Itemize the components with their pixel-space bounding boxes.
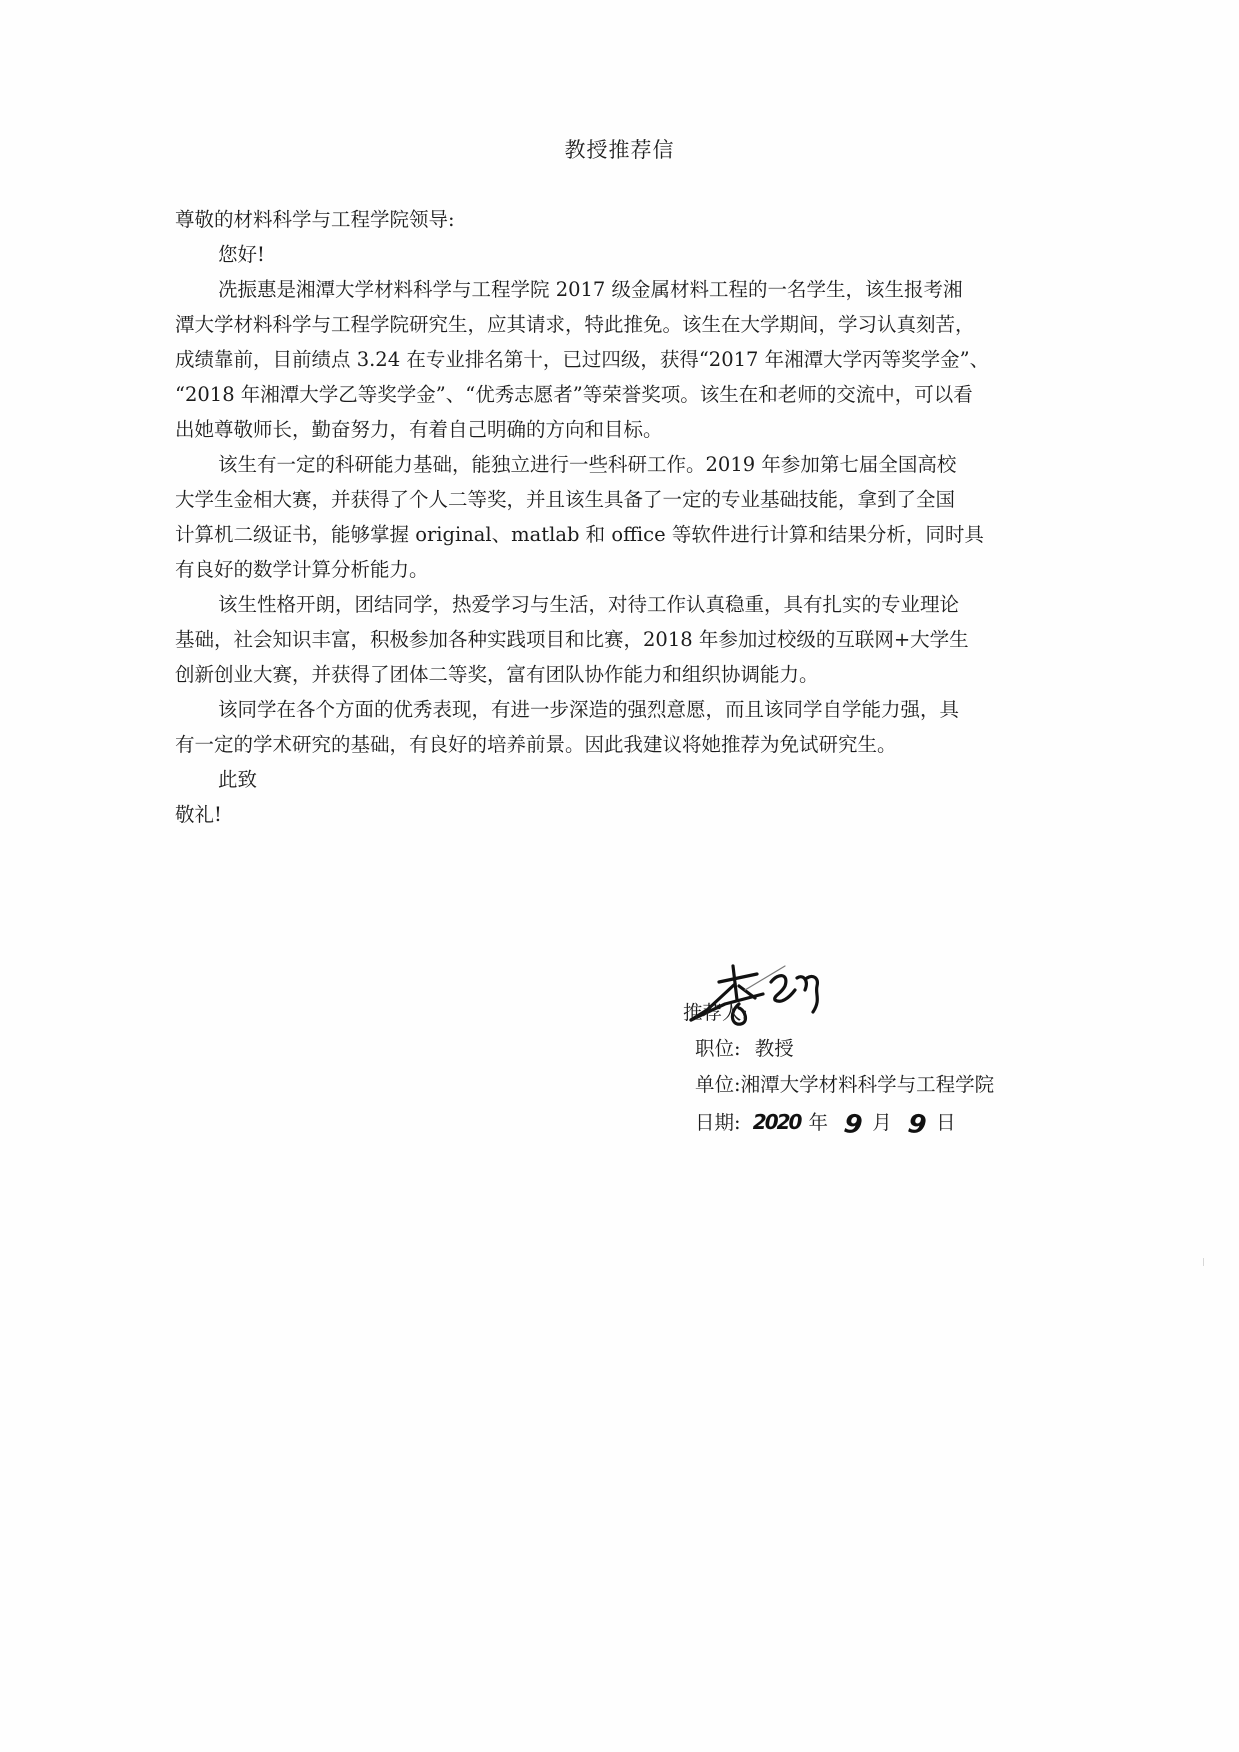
paragraph-3-line-3: 创新创业大赛，并获得了团体二等奖，富有团队协作能力和组织协调能力。 <box>175 657 1045 692</box>
paragraph-1-line-4: “2018 年湘潭大学乙等奖学金”、“优秀志愿者”等荣誉奖项。该生在和老师的交流… <box>175 377 1045 412</box>
salutation: 尊敬的材料科学与工程学院领导: <box>175 202 1045 237</box>
paragraph-2-line-3: 计算机二级证书，能够掌握 original、matlab 和 office 等软… <box>175 517 1045 552</box>
scan-artifact <box>1203 1258 1204 1266</box>
paragraph-4-line-1: 该同学在各个方面的优秀表现，有进一步深造的强烈意愿，而且该同学自学能力强，具 <box>175 692 1045 727</box>
paragraph-3-line-2: 基础，社会知识丰富，积极参加各种实践项目和比赛，2018 年参加过校级的互联网+… <box>175 622 1045 657</box>
paragraph-4-line-2: 有一定的学术研究的基础，有良好的培养前景。因此我建议将她推荐为免试研究生。 <box>175 727 1045 762</box>
greeting: 您好! <box>175 237 1045 272</box>
paragraph-1-line-5: 出她尊敬师长，勤奋努力，有着自己明确的方向和目标。 <box>175 412 1045 447</box>
date-year-unit: 年 <box>808 1111 828 1134</box>
date-month-unit: 月 <box>872 1111 892 1134</box>
date-month-handwritten: 9 <box>842 1106 865 1144</box>
date-row: 日期: 2020年 9月 9日 <box>683 1103 994 1139</box>
paragraph-1-line-2: 潭大学材料科学与工程学院研究生，应其请求，特此推免。该生在大学期间，学习认真刻苦… <box>175 307 1045 342</box>
position-row: 职位: 教授 <box>683 1031 994 1067</box>
date-label: 日期: <box>695 1111 741 1134</box>
unit-label: 单位: <box>695 1073 741 1096</box>
paragraph-2-line-4: 有良好的数学计算分析能力。 <box>175 552 1045 587</box>
closing-line-1: 此致 <box>175 762 1045 797</box>
date-year-handwritten: 2020 <box>753 1104 801 1140</box>
signature-block: 推荐人: 职位: 教授 单位:湘潭大学材料科学与工程学院 日期: 2020年 9… <box>683 995 994 1139</box>
position-label: 职位: <box>695 1037 741 1060</box>
unit-value: 湘潭大学材料科学与工程学院 <box>741 1073 995 1096</box>
date-day-unit: 日 <box>936 1111 956 1134</box>
paragraph-1-line-1: 冼振惠是湘潭大学材料科学与工程学院 2017 级金属材料工程的一名学生，该生报考… <box>175 272 1045 307</box>
paragraph-1-line-3: 成绩靠前，目前绩点 3.24 在专业排名第十，已过四级，获得“2017 年湘潭大… <box>175 342 1045 377</box>
recommender-label: 推荐人: <box>683 1001 748 1024</box>
unit-row: 单位:湘潭大学材料科学与工程学院 <box>683 1067 994 1103</box>
paragraph-3-line-1: 该生性格开朗，团结同学，热爱学习与生活，对待工作认真稳重，具有扎实的专业理论 <box>175 587 1045 622</box>
recommender-row: 推荐人: <box>683 995 994 1031</box>
closing-line-2: 敬礼! <box>175 797 1045 832</box>
letter-body: 尊敬的材料科学与工程学院领导: 您好! 冼振惠是湘潭大学材料科学与工程学院 20… <box>175 202 1045 832</box>
date-day-handwritten: 9 <box>906 1106 929 1144</box>
position-value: 教授 <box>755 1037 794 1060</box>
letter-title: 教授推荐信 <box>0 134 1239 164</box>
paragraph-2-line-2: 大学生金相大赛，并获得了个人二等奖，并且该生具备了一定的专业基础技能，拿到了全国 <box>175 482 1045 517</box>
letter-page: 教授推荐信 尊敬的材料科学与工程学院领导: 您好! 冼振惠是湘潭大学材料科学与工… <box>0 0 1239 1752</box>
paragraph-2-line-1: 该生有一定的科研能力基础，能独立进行一些科研工作。2019 年参加第七届全国高校 <box>175 447 1045 482</box>
